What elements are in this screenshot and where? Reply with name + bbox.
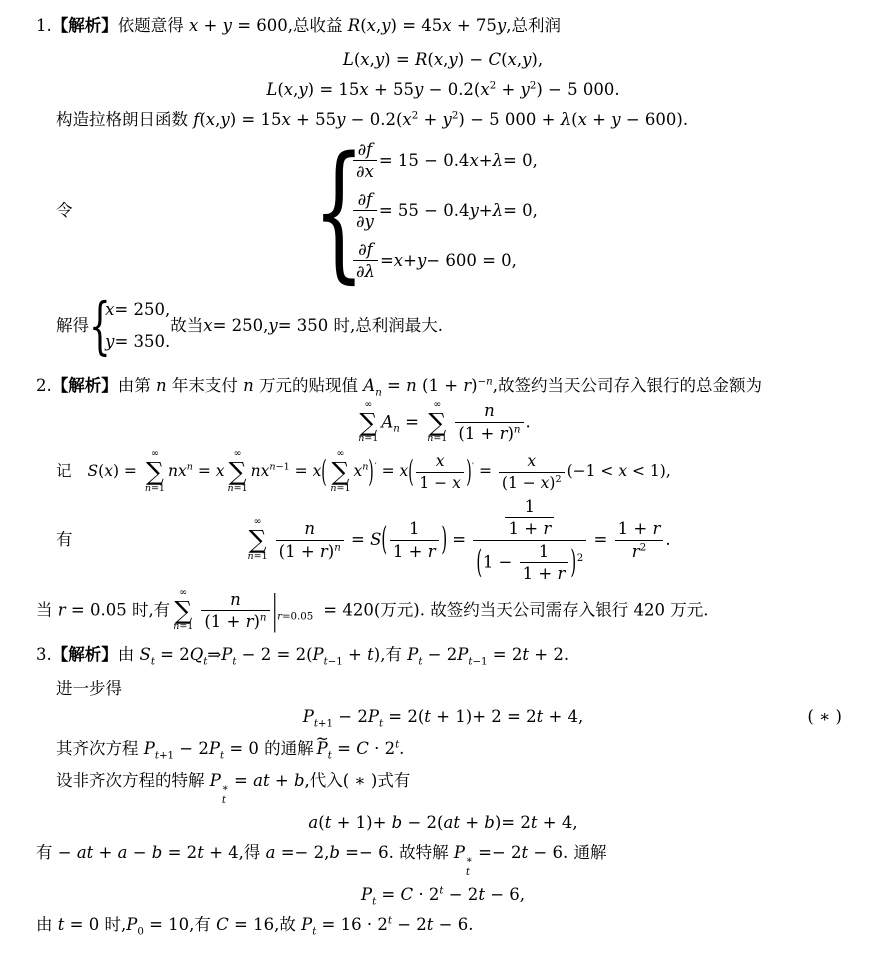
math-text: − 600 = 0, bbox=[426, 249, 517, 273]
subscript: t−1 bbox=[468, 657, 487, 668]
math-text: = bbox=[290, 462, 313, 480]
math-text: − 2 bbox=[392, 915, 427, 934]
math-text: 由第 bbox=[118, 376, 156, 395]
math-text: − 6. 通解 bbox=[528, 843, 606, 862]
final-answer-line: 由 t = 0 时,P0 = 10,有 C = 16,故 Pt = 16 · 2… bbox=[36, 913, 850, 937]
math-var: t bbox=[478, 885, 485, 904]
math-text: −1 bbox=[328, 657, 343, 668]
formula-L-expanded: L(x,y) = 15x + 55y − 0.2(x2 + y2) − 5 00… bbox=[36, 78, 850, 102]
fraction: x(1 − x)2 bbox=[499, 452, 565, 492]
big-delimiter: ) bbox=[441, 518, 447, 563]
math-var: x bbox=[206, 110, 215, 129]
fraction: x1 − x bbox=[416, 452, 463, 492]
lagrange-construct-line: 构造拉格朗日函数 f(x,y) = 15x + 55y − 0.2(x2 + y… bbox=[36, 108, 850, 132]
denominator: 1 + r bbox=[520, 563, 569, 583]
numerator: n bbox=[276, 519, 344, 540]
stack-sub: t bbox=[222, 795, 226, 807]
math-var: λ bbox=[493, 199, 503, 223]
math-text: ) = 15 bbox=[308, 80, 360, 99]
numerator: 1 bbox=[390, 519, 439, 540]
math-text: (−1 < bbox=[567, 462, 619, 480]
math-var: y bbox=[497, 16, 506, 35]
stack-sup: ∗ bbox=[222, 783, 229, 795]
fraction: 11 + r bbox=[505, 497, 554, 539]
math-var: t bbox=[466, 867, 470, 878]
star-marker: ( ∗ ) bbox=[807, 705, 842, 729]
math-text: + bbox=[479, 199, 493, 223]
math-text: = 10,有 bbox=[144, 915, 216, 934]
math-var: P bbox=[361, 885, 372, 904]
math-var: A bbox=[381, 412, 393, 431]
math-text: = 0, bbox=[503, 199, 538, 223]
math-text: = bbox=[382, 376, 406, 395]
recurrence-star-formula: Pt+1 − 2Pt = 2(t + 1)+ 2 = 2t + 4, bbox=[303, 707, 584, 726]
math-text: + bbox=[198, 16, 222, 35]
math-text: + 4, bbox=[538, 813, 578, 832]
math-text: = 0 的通解 bbox=[224, 739, 314, 758]
math-text: ∗ bbox=[222, 783, 229, 794]
formula-total-deposit: ∞∑n=1An = ∞∑n=1n(1 + r)n. bbox=[36, 400, 850, 446]
math-var: a bbox=[308, 813, 318, 832]
math-var: P bbox=[301, 915, 312, 934]
fraction: 11 + r bbox=[520, 542, 569, 584]
math-text: = 16,故 bbox=[229, 915, 301, 934]
math-text: = bbox=[229, 771, 253, 790]
sec3-intro-line: 3.【解析】由 St = 2Qt⇒Pt − 2 = 2(Pt−1 + t),有 … bbox=[36, 643, 850, 667]
math-var: n bbox=[375, 387, 382, 398]
math-text: 1 + bbox=[523, 564, 558, 583]
lagrange-system-block: 令{∂f∂x = 15 − 0.4x + λ = 0,∂f∂y = 55 − 0… bbox=[36, 136, 850, 286]
math-var: A bbox=[363, 376, 375, 395]
math-text: − 6. bbox=[433, 915, 473, 934]
math-text: − 2 bbox=[333, 707, 368, 726]
math-text: = 0, bbox=[503, 149, 538, 173]
cases-brace: { bbox=[313, 143, 334, 279]
fraction: 11 + r(1 − 11 + r)2 bbox=[473, 497, 586, 584]
numerator: 11 + r bbox=[473, 497, 586, 541]
math-text: 有 − bbox=[36, 843, 77, 862]
math-text: 万元的贴现值 bbox=[254, 376, 364, 395]
math-var: y bbox=[611, 110, 620, 129]
series-S-definition-line: 记S(x) = ∞∑n=1nxn = x∞∑n=1nxn−1 = x(∞∑n=1… bbox=[36, 449, 850, 495]
fraction: n(1 + r)n bbox=[201, 590, 269, 632]
superscript: 2 bbox=[640, 542, 647, 553]
math-var: y bbox=[381, 16, 390, 35]
math-var: λ bbox=[493, 149, 503, 173]
math-var: r bbox=[652, 519, 660, 538]
math-text: 1 bbox=[525, 497, 536, 516]
math-var: x bbox=[452, 474, 461, 492]
math-text: =1 bbox=[179, 621, 193, 632]
math-text: 1. bbox=[36, 16, 52, 35]
math-text: = bbox=[332, 739, 356, 758]
math-text: 记 bbox=[56, 462, 72, 480]
math-var: y bbox=[469, 199, 478, 223]
math-text: 1 + bbox=[508, 519, 543, 538]
math-text: + 75 bbox=[452, 16, 497, 35]
math-var: x bbox=[527, 452, 536, 470]
math-var: x bbox=[402, 110, 411, 129]
math-text: 2 bbox=[555, 473, 561, 484]
math-text: 1 − bbox=[483, 552, 518, 571]
math-var: P bbox=[303, 707, 314, 726]
math-var: n bbox=[406, 376, 417, 395]
subscript: n bbox=[393, 423, 400, 434]
cases-row: x = 250, bbox=[105, 298, 170, 322]
tilde-mark: ~ bbox=[316, 728, 329, 751]
fraction: n(1 + r)n bbox=[455, 401, 523, 443]
big-delimiter: ( bbox=[322, 451, 327, 494]
math-var: b bbox=[152, 843, 163, 862]
math-var: x bbox=[436, 452, 445, 470]
superscript: 2 bbox=[577, 553, 584, 564]
math-text: 故当 bbox=[170, 314, 203, 338]
math-text: 设非齐次方程的特解 bbox=[56, 771, 210, 790]
math-text: ) = 15 bbox=[230, 110, 282, 129]
math-text: = bbox=[377, 462, 400, 480]
stack-sup: ∗ bbox=[466, 855, 473, 867]
math-text: =1 bbox=[337, 483, 351, 494]
math-text: 1 + bbox=[393, 542, 428, 561]
math-text: − 2 bbox=[422, 645, 457, 664]
sum-lower-limit: n=1 bbox=[427, 434, 447, 445]
math-text: + bbox=[403, 249, 417, 273]
math-var: x bbox=[618, 462, 627, 480]
math-text: 依题意得 bbox=[118, 16, 189, 35]
math-var: C bbox=[401, 885, 414, 904]
math-text: + bbox=[460, 813, 484, 832]
math-text: 其齐次方程 bbox=[56, 739, 144, 758]
sum-lower-limit: n=1 bbox=[248, 552, 268, 563]
bold-label: 【解析】 bbox=[52, 376, 118, 395]
denominator: 1 + r bbox=[505, 518, 554, 538]
math-var: x bbox=[203, 314, 212, 338]
math-var: x bbox=[442, 16, 451, 35]
math-text: ⇒ bbox=[207, 645, 221, 664]
math-var: P bbox=[454, 843, 465, 862]
math-text: 有 bbox=[56, 530, 73, 549]
denominator: (1 + r)n bbox=[276, 541, 344, 561]
math-var: b bbox=[484, 813, 495, 832]
subscript: t−1 bbox=[324, 657, 343, 668]
math-text: 进一步得 bbox=[56, 679, 122, 698]
math-var: C bbox=[356, 739, 369, 758]
math-var: S bbox=[88, 462, 99, 480]
math-text: · 2 bbox=[369, 739, 395, 758]
cases-group: {∂f∂x = 15 − 0.4x + λ = 0,∂f∂y = 55 − 0.… bbox=[313, 136, 538, 286]
math-var: P bbox=[126, 915, 137, 934]
math-text: = bbox=[380, 249, 394, 273]
sigma-symbol: ∑ bbox=[174, 599, 192, 623]
math-var: x bbox=[480, 80, 489, 99]
math-var: P bbox=[313, 645, 324, 664]
math-var: S bbox=[140, 645, 151, 664]
math-var: x bbox=[360, 50, 369, 69]
math-var: y bbox=[223, 16, 232, 35]
math-text: + bbox=[270, 771, 294, 790]
math-var: P bbox=[209, 739, 220, 758]
sigma-symbol: ∑ bbox=[359, 411, 377, 435]
math-var: L bbox=[266, 80, 277, 99]
math-var: x bbox=[359, 80, 368, 99]
math-text: = 250, bbox=[213, 314, 269, 338]
math-var: C bbox=[488, 50, 501, 69]
math-var: r bbox=[543, 519, 551, 538]
math-text: ,代入( ∗ )式有 bbox=[305, 771, 411, 790]
cases-group: {x = 250,y = 350. bbox=[89, 294, 170, 358]
math-text: ) = bbox=[113, 462, 142, 480]
math-text: =− 2, bbox=[275, 843, 329, 862]
math-text: ) − bbox=[458, 50, 489, 69]
cases-rows: ∂f∂x = 15 − 0.4x + λ = 0,∂f∂y = 55 − 0.4… bbox=[351, 136, 538, 286]
sigma-symbol: ∑ bbox=[146, 460, 164, 484]
math-text: =1 bbox=[433, 433, 447, 444]
recurrence-star-line: Pt+1 − 2Pt = 2(t + 1)+ 2 = 2t + 4, ( ∗ ) bbox=[36, 705, 850, 729]
big-delimiter: | bbox=[272, 582, 277, 639]
math-text: ), bbox=[531, 50, 543, 69]
math-text: ) = bbox=[384, 50, 415, 69]
subscript: t+1 bbox=[155, 751, 174, 762]
math-var: y bbox=[443, 110, 452, 129]
supsub-stack: ∗t bbox=[466, 855, 473, 879]
math-text: 解得 bbox=[56, 314, 89, 338]
denominator: 1 − x bbox=[416, 473, 463, 492]
math-text: + 4,得 bbox=[204, 843, 266, 862]
tilde-group: ~P bbox=[317, 737, 328, 761]
math-text: ,总利润 bbox=[506, 16, 561, 35]
math-var: y bbox=[414, 80, 423, 99]
sigma-symbol: ∑ bbox=[332, 460, 350, 484]
math-text: = 2 bbox=[162, 843, 197, 862]
math-var: t bbox=[197, 843, 204, 862]
math-var: L bbox=[343, 50, 354, 69]
math-var: r bbox=[557, 564, 565, 583]
math-text: (1 − bbox=[502, 474, 541, 492]
math-var: x bbox=[281, 110, 290, 129]
denominator: (1 + r)n bbox=[201, 611, 269, 631]
math-text: =− 6. 故特解 bbox=[340, 843, 454, 862]
denominator: r2 bbox=[615, 541, 664, 561]
sec2-intro-line: 2.【解析】由第 n 年末支付 n 万元的贴现值 An = n (1 + r)−… bbox=[36, 374, 850, 398]
math-text: = 2 bbox=[488, 645, 523, 664]
math-var: C bbox=[216, 915, 229, 934]
numerator: x bbox=[416, 452, 463, 472]
math-text: . bbox=[526, 412, 531, 431]
math-var: x bbox=[284, 80, 293, 99]
denominator: 1 + r bbox=[390, 541, 439, 561]
math-text: (1 + bbox=[204, 612, 245, 631]
math-text: ∗ bbox=[466, 855, 473, 866]
math-text: −1 bbox=[472, 657, 487, 668]
math-text: 构造拉格朗日函数 bbox=[56, 110, 193, 129]
math-var: n bbox=[156, 376, 167, 395]
math-text: = bbox=[474, 462, 497, 480]
homogeneous-solution-line: 其齐次方程 Pt+1 − 2Pt = 0 的通解~Pt = C · 2t. bbox=[36, 737, 850, 761]
math-text: = 0 时, bbox=[64, 915, 126, 934]
math-var: S bbox=[370, 530, 381, 549]
math-var: n bbox=[260, 613, 267, 624]
numerator: 1 + r bbox=[615, 519, 664, 540]
solve-result-line: 解得 {x = 250,y = 350. 故当 x = 250,y = 350 … bbox=[36, 294, 850, 358]
math-text: − 6, bbox=[485, 885, 525, 904]
math-text: = 16 · 2 bbox=[316, 915, 388, 934]
math-var: x bbox=[354, 462, 363, 480]
denominator: (1 − x)2 bbox=[499, 473, 565, 492]
further-step-line: 进一步得 bbox=[36, 677, 850, 701]
math-text: . bbox=[665, 530, 670, 549]
math-text: = bbox=[193, 462, 216, 480]
subscript: r=0.05 bbox=[277, 611, 313, 622]
math-text: = 2 bbox=[155, 645, 190, 664]
math-var: t bbox=[424, 707, 431, 726]
math-text: ) − 5 000 + bbox=[458, 110, 560, 129]
math-var: x bbox=[469, 149, 478, 173]
math-var: P bbox=[144, 739, 155, 758]
math-text: = bbox=[400, 412, 424, 431]
math-var: y bbox=[220, 110, 229, 129]
summation: ∞∑n=1 bbox=[145, 449, 165, 495]
math-var: x bbox=[394, 249, 403, 273]
summation: ∞∑n=1 bbox=[173, 588, 193, 634]
math-var: t bbox=[367, 645, 374, 664]
math-text: =1 bbox=[254, 551, 268, 562]
math-text: 令 bbox=[56, 199, 73, 223]
math-text: + 1)+ 2 = 2 bbox=[431, 707, 537, 726]
math-text: = 350 时,总利润最大. bbox=[278, 314, 443, 338]
denominator: (1 + r)n bbox=[455, 423, 523, 443]
math-text: − 2 bbox=[443, 885, 478, 904]
math-text: + bbox=[587, 110, 611, 129]
math-text: = 600,总收益 bbox=[232, 16, 348, 35]
math-var: x bbox=[104, 462, 113, 480]
math-text: + 1)+ bbox=[331, 813, 391, 832]
math-text: + bbox=[496, 80, 520, 99]
math-text: (1 + bbox=[279, 542, 320, 561]
math-var: n bbox=[514, 424, 521, 435]
math-text: −1 bbox=[276, 462, 290, 473]
numerator: 1 bbox=[520, 542, 569, 563]
math-var: n bbox=[486, 376, 493, 387]
math-text: 年末支付 bbox=[167, 376, 244, 395]
math-var: n bbox=[334, 542, 341, 553]
math-text: = 55 − 0.4 bbox=[379, 199, 470, 223]
numerator: n bbox=[201, 590, 269, 611]
sigma-symbol: ∑ bbox=[229, 460, 247, 484]
math-text: − 2( bbox=[402, 813, 443, 832]
math-var: n bbox=[243, 376, 254, 395]
math-var: P bbox=[457, 645, 468, 664]
math-var: x bbox=[189, 16, 198, 35]
particular-guess-line: 设非齐次方程的特解 P∗t = at + b,代入( ∗ )式有 bbox=[36, 769, 850, 807]
superscript: n−1 bbox=[269, 462, 289, 473]
math-text: + bbox=[479, 149, 493, 173]
math-text: + bbox=[418, 110, 442, 129]
math-text: 2 bbox=[640, 542, 647, 553]
math-var: a bbox=[266, 843, 276, 862]
cases-row: ∂f∂x = 15 − 0.4x + λ = 0, bbox=[351, 140, 538, 182]
math-var: n bbox=[393, 423, 400, 434]
math-var: y bbox=[268, 314, 277, 338]
math-var: at bbox=[443, 813, 459, 832]
math-var: b bbox=[392, 813, 403, 832]
math-text: + bbox=[343, 645, 367, 664]
math-text: =1 bbox=[234, 483, 248, 494]
cases-row: ∂f∂y = 55 − 0.4y + λ = 0, bbox=[351, 190, 538, 232]
math-var: y bbox=[521, 80, 530, 99]
sum-lower-limit: n=1 bbox=[330, 484, 350, 495]
math-var: x bbox=[313, 462, 322, 480]
math-var: Q bbox=[190, 645, 204, 664]
math-var: R bbox=[415, 50, 427, 69]
math-var: x bbox=[578, 110, 587, 129]
stack-sub: t bbox=[466, 867, 470, 879]
big-delimiter: ) bbox=[571, 544, 577, 581]
math-var: y bbox=[298, 80, 307, 99]
math-text: 1 bbox=[409, 519, 420, 538]
formula-L-definition: L(x,y) = R(x,y) − C(x,y), bbox=[36, 48, 850, 72]
math-var: b bbox=[329, 843, 340, 862]
math-var: r bbox=[632, 542, 640, 561]
math-text: =0.05 bbox=[282, 611, 313, 622]
math-text: 当 bbox=[36, 600, 58, 619]
numerator: 1 bbox=[505, 497, 554, 518]
sec1-intro-line: 1.【解析】依题意得 x + y = 600,总收益 R(x,y) = 45x … bbox=[36, 14, 850, 38]
math-var: y bbox=[417, 249, 426, 273]
math-text: − 2 = 2( bbox=[236, 645, 312, 664]
math-text: . bbox=[399, 739, 404, 758]
summation: ∞∑n=1 bbox=[427, 400, 447, 446]
math-var: n bbox=[484, 401, 495, 420]
math-text: = 0.05 时,有 bbox=[66, 600, 171, 619]
superscript: n bbox=[334, 542, 341, 553]
sum-lower-limit: n=1 bbox=[173, 622, 193, 633]
math-var: x bbox=[400, 462, 409, 480]
sigma-symbol: ∑ bbox=[428, 411, 446, 435]
big-delimiter: ( bbox=[477, 544, 483, 581]
math-var: x bbox=[216, 462, 225, 480]
math-text: 1 + bbox=[618, 519, 653, 538]
math-text: − bbox=[478, 376, 487, 387]
math-text: ,故签约当天公司存入银行的总金额为 bbox=[493, 376, 762, 395]
math-text: · 2 bbox=[413, 885, 439, 904]
big-delimiter: ) bbox=[466, 451, 471, 494]
math-text: + bbox=[93, 843, 117, 862]
superscript: n bbox=[514, 424, 521, 435]
math-var: n bbox=[304, 519, 315, 538]
cases-brace: { bbox=[89, 297, 98, 354]
math-text: )= 2 bbox=[495, 813, 531, 832]
math-var: P bbox=[221, 645, 232, 664]
math-text: − 600). bbox=[621, 110, 689, 129]
bold-label: 【解析】 bbox=[52, 645, 118, 664]
sigma-symbol: ∑ bbox=[249, 528, 267, 552]
math-var: λ bbox=[561, 110, 571, 129]
big-delimiter: ( bbox=[409, 451, 414, 494]
math-text: + 4, bbox=[543, 707, 583, 726]
series-evaluated-line: 有∞∑n=1n(1 + r)n = S(11 + r) = 11 + r(1 −… bbox=[36, 497, 850, 584]
math-var: r bbox=[428, 542, 436, 561]
summation: ∞∑n=1 bbox=[330, 449, 350, 495]
math-var: y bbox=[375, 50, 384, 69]
sum-lower-limit: n=1 bbox=[358, 434, 378, 445]
fraction: 11 + r bbox=[390, 519, 439, 561]
math-text: (1 + bbox=[458, 424, 499, 443]
superscript: n bbox=[260, 613, 267, 624]
math-text: + 2. bbox=[529, 645, 569, 664]
summation: ∞∑n=1 bbox=[248, 517, 268, 563]
sum-lower-limit: n=1 bbox=[145, 484, 165, 495]
math-var: r bbox=[463, 376, 471, 395]
